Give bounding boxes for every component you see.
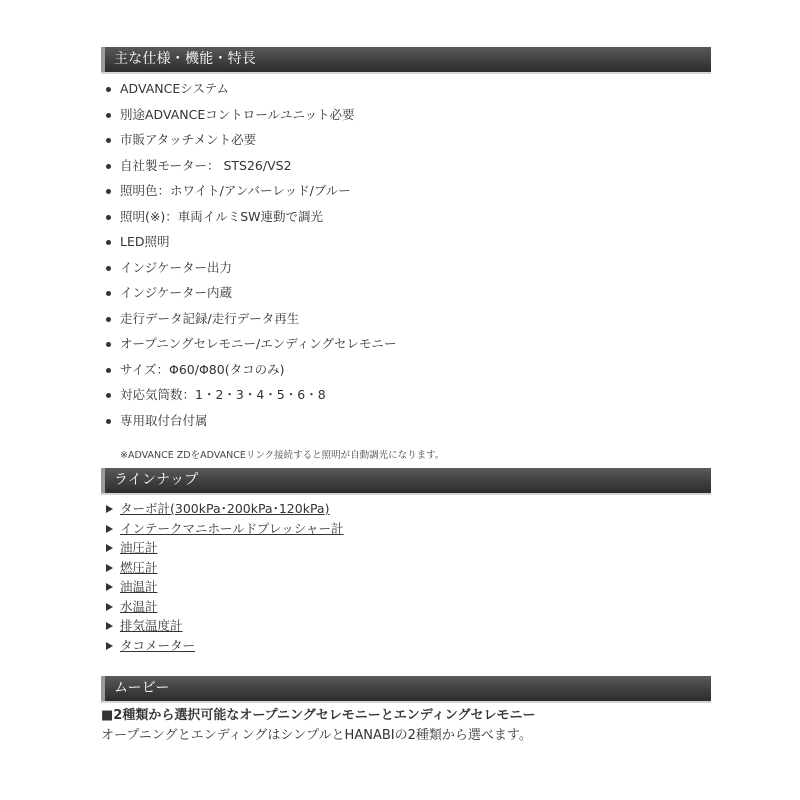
section-header-lineup: ラインナップ (101, 468, 711, 495)
spec-item-text: オープニングセレモニー/エンディングセレモニー (120, 336, 396, 351)
lineup-item: 水温計 (101, 597, 711, 617)
bullet-icon (106, 87, 111, 92)
lineup-item: 燃圧計 (101, 558, 711, 578)
header-accent-bar (101, 676, 105, 701)
bullet-icon (106, 215, 111, 220)
section-header-movie: ムービー (101, 676, 711, 703)
bullet-icon (106, 317, 111, 322)
spec-item: 照明色：ホワイト/アンバーレッド/ブルー (101, 178, 711, 204)
bullet-icon (106, 393, 111, 398)
spec-item: 自社製モーター： STS26/VS2 (101, 153, 711, 179)
bullet-icon (106, 266, 111, 271)
spec-item-text: 自社製モーター： STS26/VS2 (120, 158, 292, 173)
spec-item-text: 対応気筒数：1・2・3・4・5・6・8 (120, 387, 326, 402)
spec-item-text: 照明(※)：車両イルミSW連動で調光 (120, 209, 323, 224)
spec-item: サイズ：Φ60/Φ80(タコのみ) (101, 357, 711, 383)
spec-item: 走行データ記録/走行データ再生 (101, 306, 711, 332)
spec-item-text: 市販アタッチメント必要 (120, 132, 256, 147)
triangle-right-icon (106, 583, 113, 591)
spec-item-text: サイズ：Φ60/Φ80(タコのみ) (120, 362, 284, 377)
page-content: 主な仕様・機能・特長 ADVANCEシステム 別途ADVANCEコントロールユニ… (101, 47, 711, 746)
lineup-item: インテークマニホールドプレッシャー計 (101, 519, 711, 539)
spec-item-text: 照明色：ホワイト/アンバーレッド/ブルー (120, 183, 351, 198)
lineup-link-oil-pressure[interactable]: 油圧計 (120, 540, 158, 555)
spec-item: オープニングセレモニー/エンディングセレモニー (101, 331, 711, 357)
section-title-specs: 主な仕様・機能・特長 (114, 47, 256, 72)
lineup-link-boost[interactable]: ターボ計(300kPa･200kPa･120kPa) (120, 501, 329, 516)
spec-item: 市販アタッチメント必要 (101, 127, 711, 153)
spec-item-text: 走行データ記録/走行データ再生 (120, 311, 299, 326)
triangle-right-icon (106, 544, 113, 552)
spec-item: 対応気筒数：1・2・3・4・5・6・8 (101, 382, 711, 408)
header-accent-bar (101, 47, 105, 72)
spec-item-text: 別途ADVANCEコントロールユニット必要 (120, 107, 355, 122)
movie-description: オープニングとエンディングはシンプルとHANABIの2種類から選べます。 (101, 726, 711, 746)
spec-item: 別途ADVANCEコントロールユニット必要 (101, 102, 711, 128)
triangle-right-icon (106, 525, 113, 533)
bullet-icon (106, 189, 111, 194)
lineup-link-intake-manifold[interactable]: インテークマニホールドプレッシャー計 (120, 521, 344, 536)
bullet-icon (106, 138, 111, 143)
section-header-specs: 主な仕様・機能・特長 (101, 47, 711, 74)
spec-item: 専用取付台付属 (101, 408, 711, 434)
bullet-icon (106, 164, 111, 169)
spec-item-text: インジケーター内蔵 (120, 285, 232, 300)
bullet-icon (106, 419, 111, 424)
spec-item: 照明(※)：車両イルミSW連動で調光 (101, 204, 711, 230)
header-accent-bar (101, 468, 105, 493)
lineup-item: ターボ計(300kPa･200kPa･120kPa) (101, 499, 711, 519)
bullet-icon (106, 113, 111, 118)
spec-item-text: 専用取付台付属 (120, 413, 208, 428)
section-title-movie: ムービー (114, 676, 170, 701)
spec-item-text: ADVANCEシステム (120, 81, 229, 96)
spec-list: ADVANCEシステム 別途ADVANCEコントロールユニット必要 市販アタッチ… (101, 76, 711, 433)
movie-heading: ■2種類から選択可能なオープニングセレモニーとエンディングセレモニー (101, 706, 711, 726)
lineup-item: 排気温度計 (101, 616, 711, 636)
lineup-link-oil-temp[interactable]: 油温計 (120, 579, 158, 594)
lineup-link-tachometer[interactable]: タコメーター (120, 638, 195, 653)
lineup-link-fuel-pressure[interactable]: 燃圧計 (120, 560, 158, 575)
triangle-right-icon (106, 622, 113, 630)
bullet-icon (106, 368, 111, 373)
triangle-right-icon (106, 603, 113, 611)
spec-item: LED照明 (101, 229, 711, 255)
triangle-right-icon (106, 642, 113, 650)
triangle-right-icon (106, 505, 113, 513)
spec-item: インジケーター内蔵 (101, 280, 711, 306)
bullet-icon (106, 240, 111, 245)
spec-item: ADVANCEシステム (101, 76, 711, 102)
lineup-link-exhaust-temp[interactable]: 排気温度計 (120, 618, 183, 633)
section-title-lineup: ラインナップ (114, 468, 199, 493)
spec-item-text: LED照明 (120, 234, 170, 249)
lineup-item: タコメーター (101, 636, 711, 656)
triangle-right-icon (106, 564, 113, 572)
lighting-footnote: ※ADVANCE ZDをADVANCEリンク接続すると照明が自動調光になります。 (101, 447, 711, 465)
bullet-icon (106, 342, 111, 347)
lineup-link-water-temp[interactable]: 水温計 (120, 599, 158, 614)
lineup-item: 油温計 (101, 577, 711, 597)
lineup-list: ターボ計(300kPa･200kPa･120kPa) インテークマニホールドプレ… (101, 495, 711, 655)
bullet-icon (106, 291, 111, 296)
lineup-item: 油圧計 (101, 538, 711, 558)
spec-item-text: インジケーター出力 (120, 260, 232, 275)
spec-item: インジケーター出力 (101, 255, 711, 281)
